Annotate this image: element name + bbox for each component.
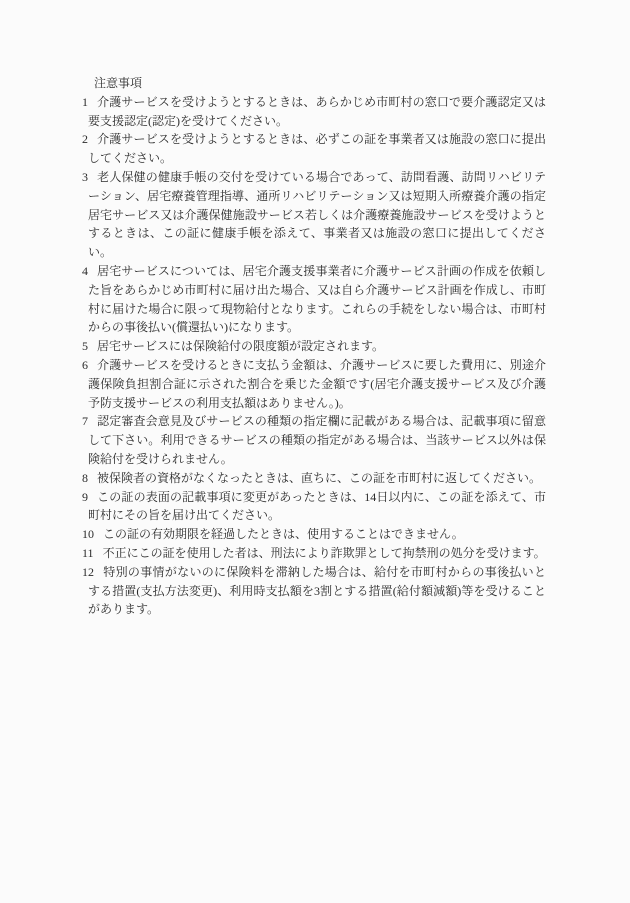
note-item-8-text: 被保険者の資格がなくなったときは、直ちに、この証を市町村に返してください。 — [97, 471, 541, 485]
note-item-8-number: 8 — [82, 471, 88, 485]
note-item-3-number: 3 — [82, 170, 88, 184]
notes-section: 注意事項 1介護サービスを受けようとするときは、あらかじめ市町村の窓口で要介護認… — [82, 74, 546, 619]
note-item-6-number: 6 — [82, 358, 88, 372]
note-item-4: 4居宅サービスについては、居宅介護支援事業者に介護サービス計画の作成を依頼した旨… — [82, 262, 546, 337]
note-item-3-text: 老人保健の健康手帳の交付を受けている場合であって、訪問看護、訪問リハビリテーショ… — [88, 170, 546, 259]
note-item-10-text: この証の有効期限を経過したときは、使用することはできません。 — [103, 527, 464, 541]
note-item-1-text: 介護サービスを受けようとするときは、あらかじめ市町村の窓口で要介護認定又は要支援… — [88, 95, 546, 128]
note-item-11-number: 11 — [82, 546, 94, 560]
note-item-7: 7認定審査会意見及びサービスの種類の指定欄に記載がある場合は、記載事項に留意して… — [82, 412, 546, 468]
note-item-12-text: 特別の事情がないのに保険料を滞納した場合は、給付を市町村からの事後払いとする措置… — [88, 565, 546, 617]
note-item-7-number: 7 — [82, 414, 88, 428]
note-item-9: 9この証の表面の記載事項に変更があったときは、14日以内に、この証を添えて、市町… — [82, 488, 546, 526]
note-item-6: 6介護サービスを受けるときに支払う金額は、介護サービスに要した費用に、別途介護保… — [82, 356, 546, 412]
note-item-3: 3老人保健の健康手帳の交付を受けている場合であって、訪問看護、訪問リハビリテーシ… — [82, 168, 546, 262]
note-item-12: 12特別の事情がないのに保険料を滞納した場合は、給付を市町村からの事後払いとする… — [82, 563, 546, 619]
note-item-7-text: 認定審査会意見及びサービスの種類の指定欄に記載がある場合は、記載事項に留意して下… — [88, 414, 546, 466]
note-item-2-number: 2 — [82, 132, 88, 146]
note-item-2-text: 介護サービスを受けようとするときは、必ずこの証を事業者又は施設の窓口に提出してく… — [88, 132, 546, 165]
note-item-1: 1介護サービスを受けようとするときは、あらかじめ市町村の窓口で要介護認定又は要支… — [82, 93, 546, 131]
document-page: 注意事項 1介護サービスを受けようとするときは、あらかじめ市町村の窓口で要介護認… — [0, 0, 630, 903]
note-item-11: 11不正にこの証を使用した者は、刑法により詐欺罪として拘禁刑の処分を受けます。 — [82, 544, 546, 563]
note-item-11-text: 不正にこの証を使用した者は、刑法により詐欺罪として拘禁刑の処分を受けます。 — [103, 546, 546, 560]
note-item-1-number: 1 — [82, 95, 88, 109]
note-item-6-text: 介護サービスを受けるときに支払う金額は、介護サービスに要した費用に、別途介護保険… — [88, 358, 546, 410]
note-item-4-text: 居宅サービスについては、居宅介護支援事業者に介護サービス計画の作成を依頼した旨を… — [88, 264, 546, 334]
note-item-10-number: 10 — [82, 527, 94, 541]
note-item-10: 10この証の有効期限を経過したときは、使用することはできません。 — [82, 525, 546, 544]
page-title: 注意事項 — [94, 74, 546, 93]
note-item-5-number: 5 — [82, 339, 88, 353]
note-item-9-text: この証の表面の記載事項に変更があったときは、14日以内に、この証を添えて、市町村… — [88, 490, 546, 523]
note-item-2: 2介護サービスを受けようとするときは、必ずこの証を事業者又は施設の窓口に提出して… — [82, 130, 546, 168]
note-item-12-number: 12 — [82, 565, 94, 579]
note-item-5: 5居宅サービスには保険給付の限度額が設定されます。 — [82, 337, 546, 356]
note-item-8: 8被保険者の資格がなくなったときは、直ちに、この証を市町村に返してください。 — [82, 469, 546, 488]
note-item-4-number: 4 — [82, 264, 88, 278]
note-item-5-text: 居宅サービスには保険給付の限度額が設定されます。 — [97, 339, 384, 353]
note-item-9-number: 9 — [82, 490, 88, 504]
